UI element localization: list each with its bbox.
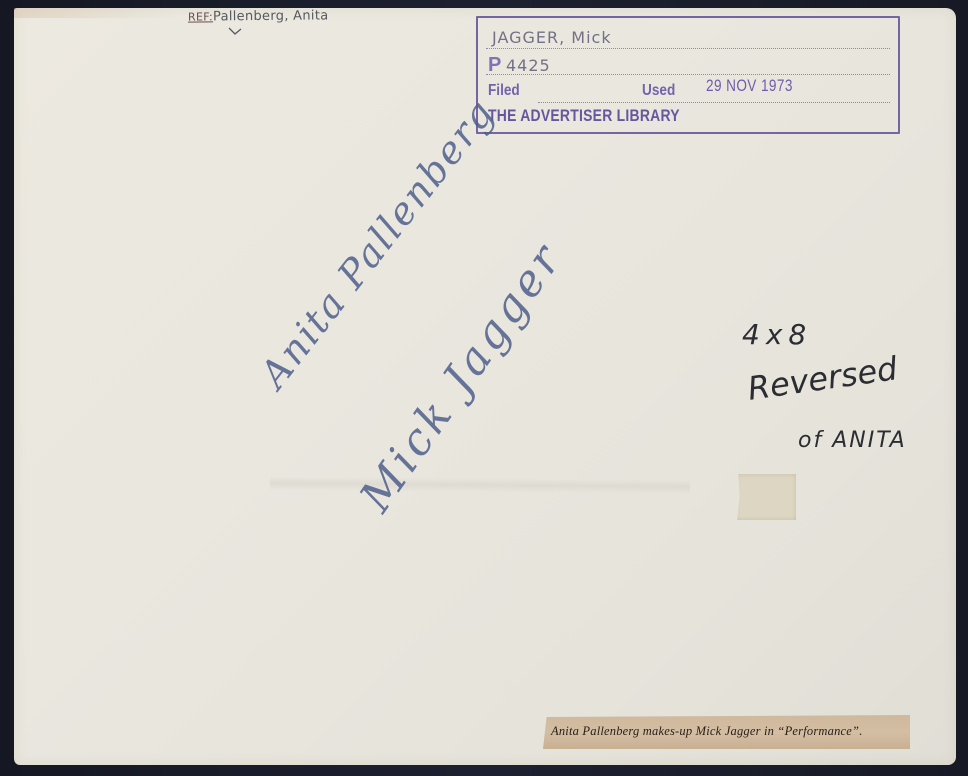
note-print-size: 4x8: [742, 318, 812, 351]
stamp-number-prefix: P: [488, 54, 501, 77]
checkmark-icon: [228, 27, 242, 35]
stamp-subject-name: JAGGER, Mick: [492, 28, 612, 47]
ref-note: REF:Pallenberg, Anita: [188, 8, 329, 24]
tape-piece: [736, 474, 796, 520]
stamp-filed-label: Filed: [488, 82, 520, 100]
caption-clipping: Anita Pallenberg makes-up Mick Jagger in…: [543, 715, 910, 749]
paper-stain: [14, 8, 174, 18]
stamp-used-date: 29 NOV 1973: [706, 76, 793, 96]
note-of-anita: of ANITA: [798, 428, 907, 453]
stamp-rule: [538, 102, 890, 103]
ref-label: REF:: [188, 10, 213, 23]
stamp-library-name: THE ADVERTISER LIBRARY: [488, 106, 680, 126]
stamp-rule: [486, 48, 890, 49]
stamp-file-number: 4425: [506, 56, 551, 75]
caption-text: Anita Pallenberg makes-up Mick Jagger in…: [551, 724, 863, 739]
ref-text: Pallenberg, Anita: [213, 8, 329, 24]
stamp-used-label: Used: [642, 82, 675, 100]
library-stamp: JAGGER, Mick P 4425 Filed Used 29 NOV 19…: [476, 16, 900, 134]
